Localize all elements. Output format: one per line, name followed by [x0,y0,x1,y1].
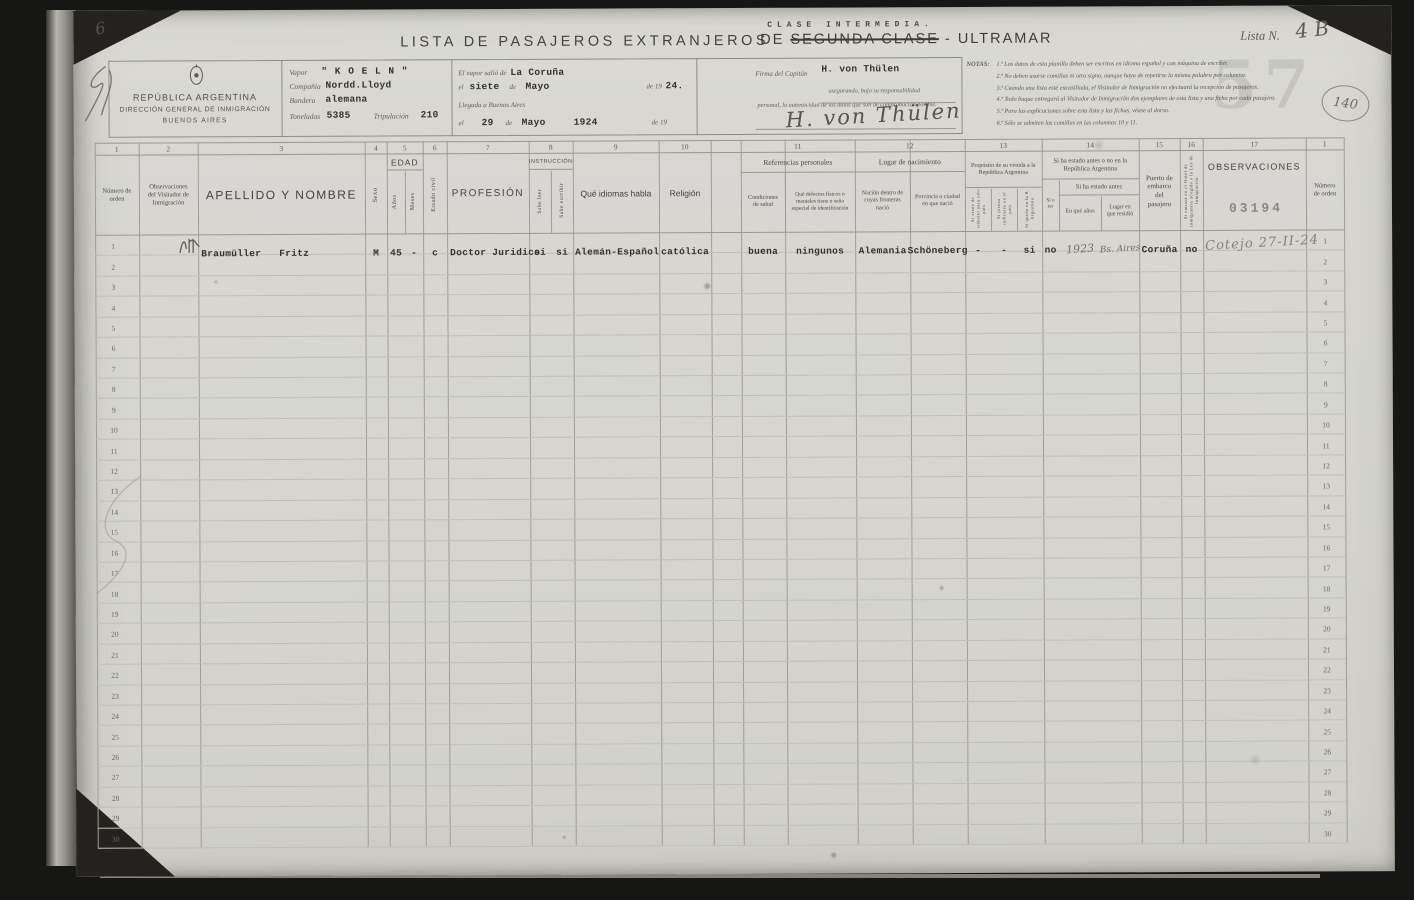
col-header-order: Número de orden [95,157,139,235]
table-row-line [96,331,1345,337]
row-number-left: 28 [98,789,134,807]
row-number-right: 30 [1309,825,1347,843]
row-number-left: 11 [96,442,132,460]
table-row-line [97,638,1346,644]
stain [939,585,945,591]
table-row-line [96,495,1345,501]
table-row-line [96,454,1345,460]
column-number: 10 [659,140,711,152]
col-header-age-years: Años [387,171,405,231]
col-header-health: Condiciones de salud [741,175,785,229]
row-number-right: 29 [1309,804,1347,822]
row-number-right: 22 [1308,661,1346,679]
row-number-left: 10 [96,422,132,440]
table-grid-line [387,169,423,170]
col-header-before-group: Si ha estado antes o no en la República … [1042,153,1139,177]
passenger-name: Braumüller Fritz [201,248,309,259]
book-edge [46,10,76,866]
row-number-left: 25 [97,728,133,746]
stain [830,852,838,859]
row-number-right: 3 [1306,273,1344,291]
passenger-reads: si [529,247,551,259]
table-row-line [96,372,1345,378]
stain [702,282,712,290]
col-header-port: Puerto de embarco del pasajero [1139,152,1180,230]
row-number-left: 24 [97,708,133,726]
col-header-sex: Sexo [365,156,387,234]
row-number-right: 14 [1307,498,1345,516]
passenger-health: buena [741,246,785,258]
passenger-civil-status: c [423,247,447,259]
col-header-before-years: En qué años [1059,198,1101,226]
row-number-right: 10 [1307,416,1345,434]
row-number-right: 23 [1308,682,1346,700]
document-page: 6 LISTA DE PASAJEROS EXTRANJEROS CLASE I… [73,5,1395,877]
table-grid-line [529,169,573,170]
column-number: 16 [1180,138,1203,150]
passenger-port: Coruña [1139,244,1180,256]
col-header-purpose-settle: Si piensa radicarse en el país [991,189,1017,229]
col-header-age-group: EDAD [387,156,423,168]
table-row-line [96,515,1345,521]
column-number: 1 [95,143,139,155]
column-number: 12 [855,139,965,151]
row-number-right: 26 [1308,743,1346,761]
passenger-sex: M [365,248,387,260]
stain [1247,755,1263,765]
row-number-left: 26 [97,748,133,766]
table-row-line [96,434,1345,440]
row-number-right: 28 [1309,784,1347,802]
row-number-left: 2 [95,258,131,276]
row-number-right: 5 [1306,314,1344,332]
col-header-birth-province: Provincia o ciudad en que nació [910,174,965,228]
column-number: 13 [965,139,1042,151]
row-number-left: 6 [96,340,132,358]
col-header-instruction-group: INSTRUCCIÓN [529,157,573,168]
scanned-document-stage: 6 LISTA DE PASAJEROS EXTRANJEROS CLASE I… [0,0,1414,900]
row-number-left: 30 [98,830,134,848]
passenger-writes: si [551,247,573,259]
passenger-religion: católica [659,246,711,258]
row-number-right: 20 [1308,621,1346,639]
col-header-age-months: Meses [405,171,423,231]
table-row-line [97,679,1346,685]
passenger-been-before: no [1042,245,1059,257]
row-number-left: 5 [95,319,131,337]
row-number-left: 22 [97,667,133,685]
table-grid-line [711,140,715,845]
row-number-right: 11 [1307,437,1345,455]
passenger-age-years: 45 [387,247,405,259]
column-number: 1 [1306,137,1344,149]
table-row-line [97,556,1346,562]
table-row-line [96,413,1345,419]
row-number-right: 18 [1308,580,1346,598]
passenger-table: 1234567891011121314151617111223344556677… [73,5,1395,877]
stain [213,279,218,284]
column-number: 14 [1042,138,1139,150]
table-row-line [95,311,1344,317]
passenger-hotel: no [1180,244,1203,256]
row-number-right: 8 [1307,375,1345,393]
col-header-languages: Qué idiomas habla [573,154,659,232]
margin-pencil-scribble [75,59,127,140]
col-header-order-right: Número de orden [1306,151,1344,229]
row-number-right: 13 [1307,478,1345,496]
passenger-profession: Doctor Juridico [450,247,540,258]
table-row-line [96,393,1345,399]
row-number-right: 12 [1307,457,1345,475]
col-header-religion: Religión [659,154,711,232]
row-number-left: 3 [95,278,131,296]
table-row-line [96,352,1345,358]
col-header-purpose-group: Propósito de su venida a la República Ar… [965,154,1042,186]
col-header-writes: Sabe escribir [551,171,573,231]
row-number-right: 4 [1306,294,1344,312]
table-row-line [98,822,1347,828]
row-number-right: 19 [1308,600,1346,618]
col-header-defects: Qué defectos físicos o mentales tiene o … [785,173,855,230]
col-header-observations: OBSERVACIONES [1203,158,1306,178]
table-row-line [97,658,1346,664]
col-header-birth-nation: Nación dentro de cuyas fronteras nació [855,174,910,228]
table-row-line [97,761,1346,767]
table-row-line [97,597,1346,603]
row-number-left: 1 [95,238,131,256]
passenger-purpose-stay: si [1017,245,1042,257]
col-header-visitor-obs: Observaciones del Visitador de Inmigraci… [139,156,198,234]
registry-number-stamp: 03194 [1229,201,1283,216]
col-header-before-sub: Si ha estado antes [1059,181,1139,193]
passenger-birth-nation: Alemania [855,245,910,257]
col-header-purpose-stay: Si queda en la R. Argentina [1017,189,1042,229]
row-number-left: 23 [97,687,133,705]
table-row-line [97,699,1346,705]
row-number-right: 6 [1307,334,1345,352]
row-number-right: 16 [1307,539,1345,557]
row-number-left: 8 [96,381,132,399]
stain [1092,140,1106,150]
row-number-right: 17 [1308,559,1346,577]
column-number: 2 [139,142,198,154]
table-row-line [95,270,1344,276]
column-number: 6 [423,141,447,153]
col-header-before-yesno: Sí o no [1042,181,1059,227]
column-number: 15 [1139,138,1180,150]
row-number-left: 7 [96,360,132,378]
row-number-right: 24 [1308,702,1346,720]
table-row-line [97,740,1346,746]
passenger-defects: ningunos [785,245,855,257]
row-number-right: 21 [1308,641,1346,659]
col-header-before-place: Lugar en que residió [1101,196,1139,226]
row-number-right: 2 [1306,253,1344,271]
table-row-line [97,577,1346,583]
table-row-line [97,720,1346,726]
passenger-age-months: - [405,247,423,259]
passenger-languages: Alemán-Español [575,246,659,257]
row-number-right: 27 [1308,764,1346,782]
column-number: 3 [198,142,365,155]
column-number: 8 [529,141,573,153]
passenger-purpose-transit: - [965,245,991,257]
stain [562,835,567,840]
col-header-references-group: Referencias personales [741,155,855,169]
passenger-purpose-settle: - [991,245,1017,257]
row-number-left: 29 [98,810,134,828]
passenger-before-place: Bs. Aires [1101,242,1140,257]
col-header-reads: Sabe leer [529,171,551,231]
col-header-profession: PROFESIÓN [447,155,529,233]
col-header-name: APELLIDO Y NOMBRE [198,156,365,235]
column-number: 9 [573,140,659,152]
column-number: 7 [447,141,529,153]
col-header-civil-status: Estado civil [423,155,447,233]
table-row-line [95,291,1344,297]
table-row-line [97,618,1346,624]
rows-pencil-swirl [85,471,156,606]
row-number-left: 9 [96,401,132,419]
row-number-right: 7 [1307,355,1345,373]
column-number: 4 [365,142,387,154]
column-number: 17 [1203,138,1306,150]
column-number: 11 [741,139,855,151]
row-number-right: 15 [1307,518,1345,536]
row-number-left: 27 [97,769,133,787]
table-row-line [98,781,1347,787]
table-row-line [96,475,1345,481]
col-header-birth-group: Lugar de nacimiento [855,155,965,169]
column-number: 5 [387,141,423,153]
table-row-line [98,842,1347,848]
passenger-birth-city: Schöneberg [910,245,965,257]
row-number-right: 25 [1308,723,1346,741]
row-number-left: 21 [97,646,133,664]
col-header-hotel: Si entrará en el Hotel de Inmigrantes ac… [1180,152,1203,230]
table-row-line [96,536,1345,542]
col-header-purpose-transit: Si viene de tránsito para otro país [965,189,991,229]
row-number-left: 20 [97,626,133,644]
row-number-left: 19 [97,605,133,623]
table-grid-line [1042,178,1139,179]
row-number-right: 9 [1307,396,1345,414]
row-number-left: 4 [95,299,131,317]
table-row-line [98,801,1347,807]
